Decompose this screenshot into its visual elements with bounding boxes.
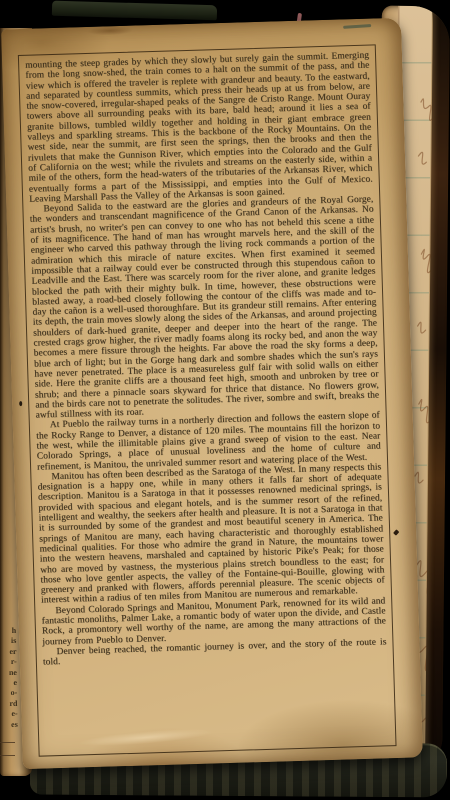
left-page-frame-corner xyxy=(0,742,15,756)
background: { "colors": { "background": "#000000", "… xyxy=(0,0,450,800)
text-fragment: h xyxy=(0,626,16,637)
text-fragment: er xyxy=(0,647,17,658)
ink-dot xyxy=(393,529,399,535)
text-fragment: es xyxy=(1,720,18,731)
text-fragment: is xyxy=(0,636,16,647)
book-photo: h is er r- ne e o- rd e- es mounting the… xyxy=(0,0,450,800)
paragraph: Manitou has often been described as the … xyxy=(37,462,385,606)
green-mark xyxy=(343,24,371,29)
text-fragment: r- xyxy=(0,657,17,668)
main-page: mounting the steep grades by which they … xyxy=(1,18,423,770)
left-page-text-fragments: h is er r- ne e o- rd e- es xyxy=(0,626,21,730)
stain xyxy=(87,26,133,36)
text-frame: mounting the steep grades by which they … xyxy=(18,44,397,756)
text-fragment: e- xyxy=(1,709,18,720)
paragraph: Beyond Salida to the eastward are the gl… xyxy=(29,195,379,421)
ink-dot xyxy=(19,401,22,406)
paragraph: mounting the steep grades by which they … xyxy=(25,51,373,205)
top-cover-edge xyxy=(52,1,217,21)
text-fragment: rd xyxy=(0,699,17,710)
text-fragment: o- xyxy=(0,688,17,699)
text-fragment: ne xyxy=(0,668,17,679)
text-fragment: e xyxy=(0,678,17,689)
